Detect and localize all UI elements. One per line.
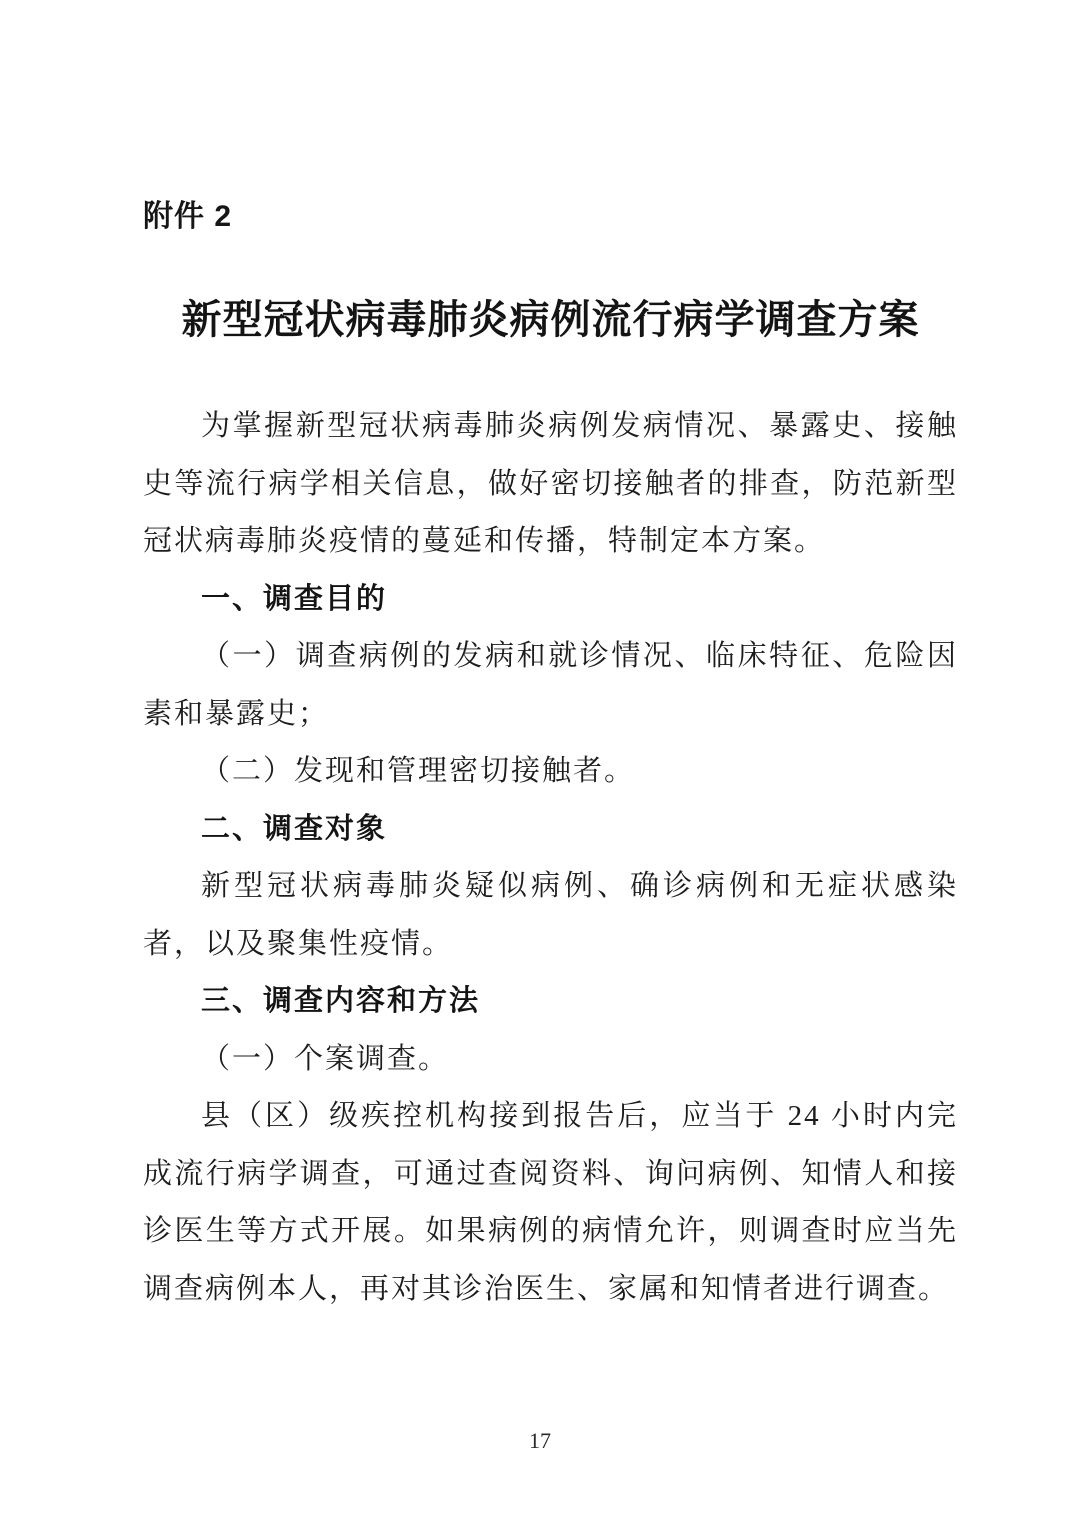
paragraph-purpose-item-1: （一）调查病例的发病和就诊情况、临床特征、危险因素和暴露史； — [143, 628, 958, 743]
page-number: 17 — [0, 1427, 1080, 1455]
document-page: 附件 2 新型冠状病毒肺炎病例流行病学调查方案 为掌握新型冠状病毒肺炎病例发病情… — [0, 0, 1080, 1527]
paragraph-purpose-item-2: （二）发现和管理密切接触者。 — [143, 743, 958, 801]
subheading-case-investigation: （一）个案调查。 — [143, 1031, 958, 1089]
heading-section-2-investigation-subjects: 二、调查对象 — [143, 801, 958, 859]
heading-section-3-content-and-methods: 三、调查内容和方法 — [143, 973, 958, 1031]
paragraph-subjects: 新型冠状病毒肺炎疑似病例、确诊病例和无症状感染者，以及聚集性疫情。 — [143, 858, 958, 973]
document-body: 为掌握新型冠状病毒肺炎病例发病情况、暴露史、接触史等流行病学相关信息，做好密切接… — [143, 398, 958, 1318]
attachment-label: 附件 2 — [143, 198, 958, 236]
document-title: 新型冠状病毒肺炎病例流行病学调查方案 — [143, 294, 958, 346]
paragraph-purpose-intro: 为掌握新型冠状病毒肺炎病例发病情况、暴露史、接触史等流行病学相关信息，做好密切接… — [143, 398, 958, 571]
paragraph-case-investigation-detail: 县（区）级疾控机构接到报告后，应当于 24 小时内完成流行病学调查，可通过查阅资… — [143, 1088, 958, 1318]
heading-section-1-investigation-purpose: 一、调查目的 — [143, 571, 958, 629]
